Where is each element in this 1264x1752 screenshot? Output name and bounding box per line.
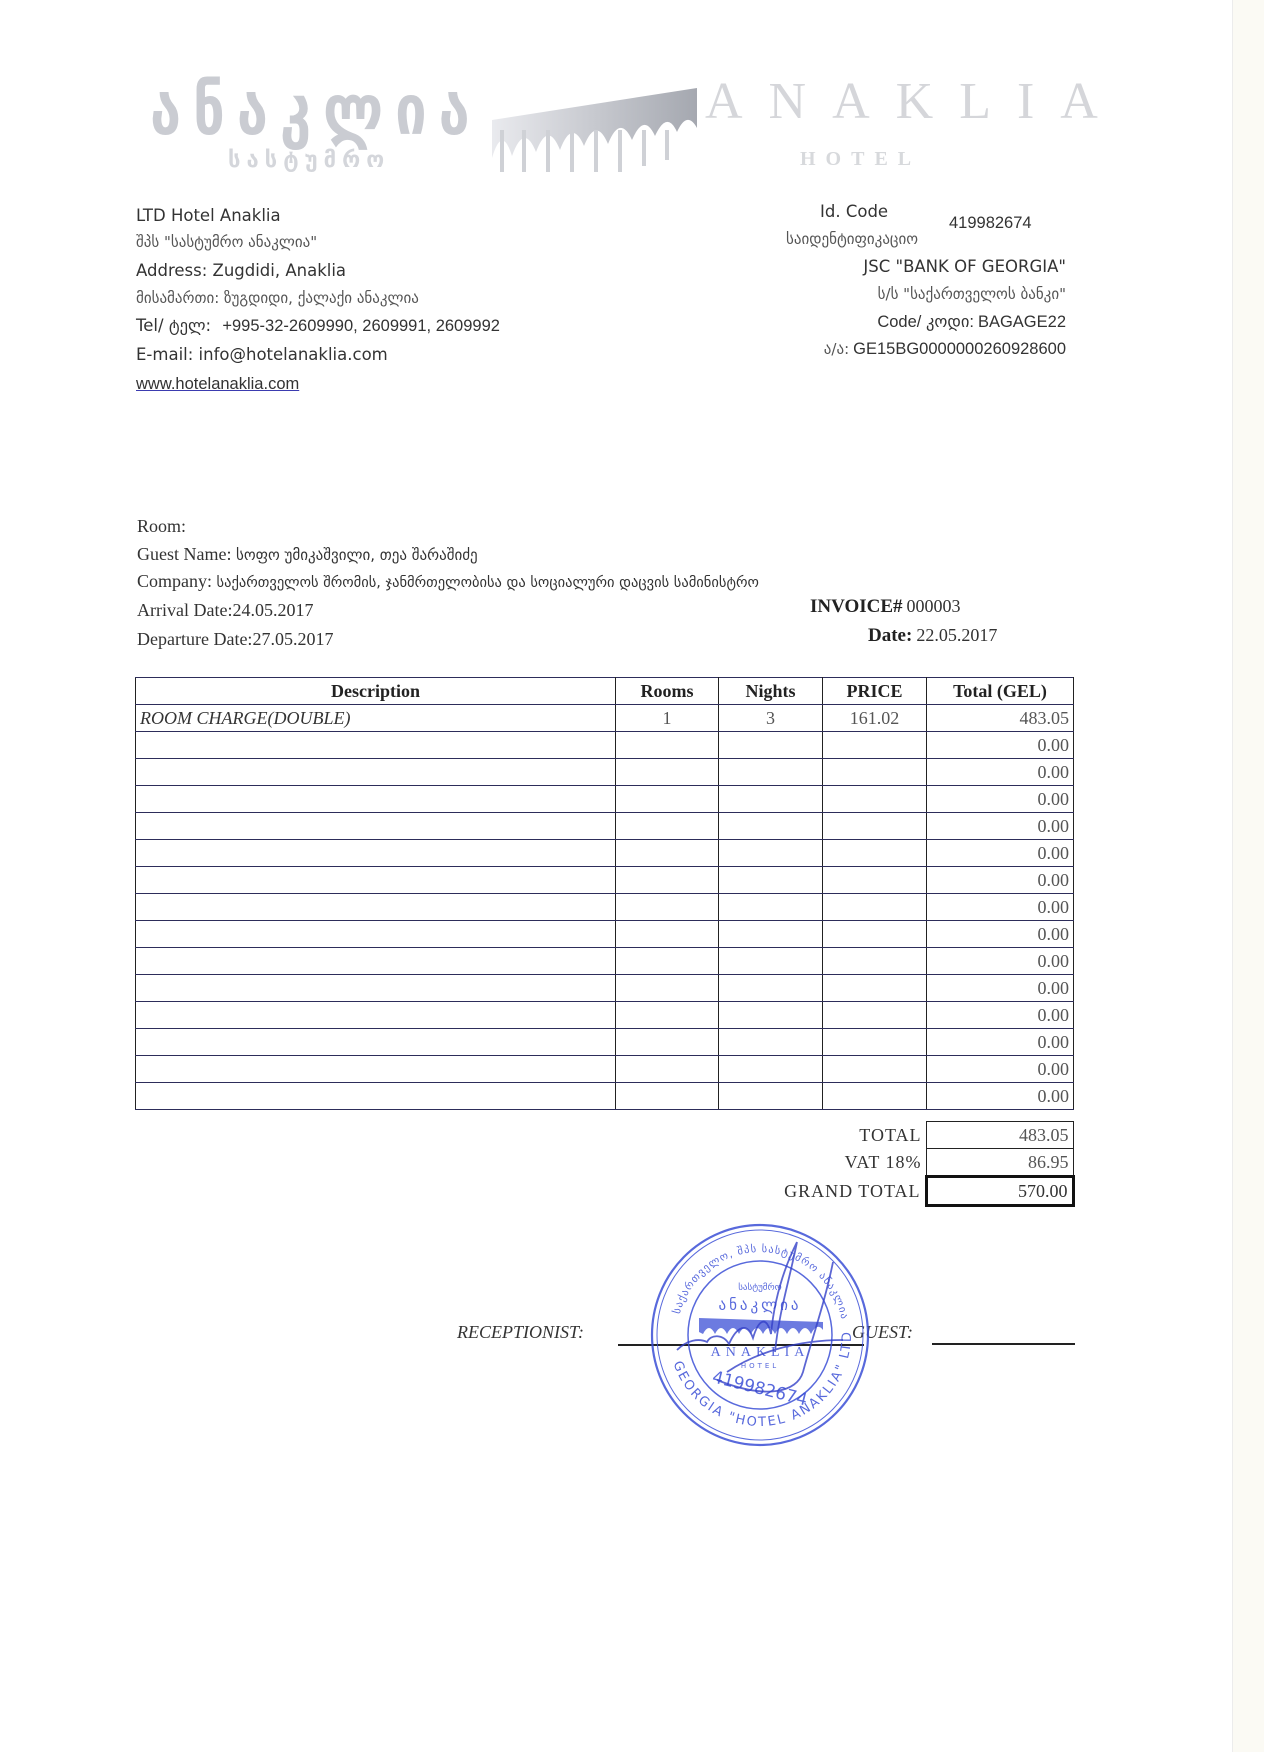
scan-edge bbox=[1232, 0, 1264, 1752]
bank-code: Code/ კოდი: BAGAGE22 bbox=[877, 312, 1066, 332]
cell-price bbox=[823, 1083, 927, 1110]
bank-name-ka: ს/ს "საქართველოს ბანკი" bbox=[878, 285, 1066, 303]
cell-description bbox=[136, 975, 616, 1002]
vat-value: 86.95 bbox=[926, 1149, 1073, 1177]
company-stamp-icon: საქართველო, შპს სასტუმრო ანაკლია GEORGIA… bbox=[647, 1222, 873, 1448]
cell-description bbox=[136, 894, 616, 921]
svg-text:სასტუმრო: სასტუმრო bbox=[738, 1282, 782, 1293]
cell-rooms bbox=[616, 894, 719, 921]
cell-nights bbox=[719, 1002, 823, 1029]
table-row: 0.00 bbox=[136, 921, 1074, 948]
summary-vat-row: VAT 18% 86.95 bbox=[700, 1149, 1073, 1177]
cell-description bbox=[136, 921, 616, 948]
company-address-en: Address: Zugdidi, Anaklia bbox=[136, 261, 346, 280]
table-row: 0.00 bbox=[136, 840, 1074, 867]
total-value: 483.05 bbox=[926, 1122, 1073, 1149]
column-header-nights: Nights bbox=[719, 678, 823, 705]
guest-name-label: Guest Name: bbox=[137, 544, 231, 564]
cell-nights bbox=[719, 867, 823, 894]
summary-total-row: TOTAL 483.05 bbox=[700, 1122, 1073, 1149]
bank-code-value: BAGAGE22 bbox=[978, 313, 1066, 331]
table-row: 0.00 bbox=[136, 1002, 1074, 1029]
bank-account-value: GE15BG0000000260928600 bbox=[853, 340, 1066, 358]
logo-georgian-subtitle: სასტუმრო bbox=[228, 148, 390, 173]
cell-rooms bbox=[616, 867, 719, 894]
cell-total: 0.00 bbox=[927, 1056, 1074, 1083]
cell-total: 0.00 bbox=[927, 840, 1074, 867]
cell-total: 483.05 bbox=[927, 705, 1074, 732]
cell-description bbox=[136, 1056, 616, 1083]
phone-label: Tel/ ტელ: bbox=[136, 316, 211, 335]
cell-total: 0.00 bbox=[927, 786, 1074, 813]
room-field: Room: bbox=[137, 516, 186, 537]
cell-price bbox=[823, 759, 927, 786]
id-code-value: 419982674 bbox=[949, 214, 1032, 233]
cell-rooms bbox=[616, 732, 719, 759]
cell-total: 0.00 bbox=[927, 894, 1074, 921]
svg-text:HOTEL: HOTEL bbox=[741, 1362, 779, 1370]
cell-rooms bbox=[616, 786, 719, 813]
cell-description bbox=[136, 732, 616, 759]
receptionist-label: RECEPTIONIST: bbox=[457, 1322, 584, 1343]
cell-total: 0.00 bbox=[927, 867, 1074, 894]
cell-rooms bbox=[616, 921, 719, 948]
cell-price bbox=[823, 975, 927, 1002]
table-header-row: Description Rooms Nights PRICE Total (GE… bbox=[136, 678, 1074, 705]
cell-price bbox=[823, 948, 927, 975]
cell-nights bbox=[719, 975, 823, 1002]
bank-name-en: JSC "BANK OF GEORGIA" bbox=[863, 257, 1066, 276]
cell-description bbox=[136, 840, 616, 867]
room-label: Room: bbox=[137, 516, 186, 536]
logo-georgian-title: ანაკლია bbox=[150, 70, 482, 151]
cell-nights bbox=[719, 1056, 823, 1083]
cell-description bbox=[136, 948, 616, 975]
table-row: 0.00 bbox=[136, 867, 1074, 894]
grand-total-value: 570.00 bbox=[926, 1177, 1073, 1206]
summary-grand-total-row: GRAND TOTAL 570.00 bbox=[700, 1177, 1073, 1206]
column-header-total: Total (GEL) bbox=[927, 678, 1074, 705]
invoice-date-label: Date: bbox=[868, 625, 912, 646]
table-row: 0.00 bbox=[136, 813, 1074, 840]
svg-text:419982674: 419982674 bbox=[710, 1367, 809, 1410]
cell-total: 0.00 bbox=[927, 1002, 1074, 1029]
cell-price bbox=[823, 732, 927, 759]
bank-account-label: ა/ა: bbox=[824, 340, 849, 358]
grand-total-label: GRAND TOTAL bbox=[700, 1177, 926, 1206]
cell-total: 0.00 bbox=[927, 1083, 1074, 1110]
column-header-rooms: Rooms bbox=[616, 678, 719, 705]
cell-rooms bbox=[616, 813, 719, 840]
cell-total: 0.00 bbox=[927, 1029, 1074, 1056]
cell-rooms bbox=[616, 840, 719, 867]
cell-price bbox=[823, 840, 927, 867]
logo-latin-title: ANAKLIA bbox=[705, 72, 1124, 131]
cell-description bbox=[136, 867, 616, 894]
cell-description: ROOM CHARGE(DOUBLE) bbox=[136, 705, 616, 732]
table-row: 0.00 bbox=[136, 1083, 1074, 1110]
company-label: Company: bbox=[137, 571, 212, 591]
departure-date-field: Departure Date:27.05.2017 bbox=[137, 629, 333, 650]
cell-price bbox=[823, 786, 927, 813]
departure-label: Departure Date: bbox=[137, 629, 252, 649]
cell-total: 0.00 bbox=[927, 813, 1074, 840]
table-row: 0.00 bbox=[136, 732, 1074, 759]
cell-total: 0.00 bbox=[927, 759, 1074, 786]
logo-arches-icon bbox=[492, 80, 697, 172]
table-row: 0.00 bbox=[136, 759, 1074, 786]
table-row: 0.00 bbox=[136, 786, 1074, 813]
cell-nights bbox=[719, 786, 823, 813]
cell-price bbox=[823, 1029, 927, 1056]
cell-description bbox=[136, 813, 616, 840]
invoice-number-label: INVOICE# bbox=[810, 596, 903, 617]
invoice-number-value: 000003 bbox=[907, 596, 961, 616]
total-label: TOTAL bbox=[700, 1122, 926, 1149]
column-header-description: Description bbox=[136, 678, 616, 705]
company-website-link[interactable]: www.hotelanaklia.com bbox=[136, 375, 299, 394]
cell-total: 0.00 bbox=[927, 921, 1074, 948]
cell-nights bbox=[719, 894, 823, 921]
company-name-en: LTD Hotel Anaklia bbox=[136, 206, 281, 225]
table-row: 0.00 bbox=[136, 1029, 1074, 1056]
cell-rooms: 1 bbox=[616, 705, 719, 732]
cell-price bbox=[823, 1056, 927, 1083]
company-email[interactable]: E-mail: info@hotelanaklia.com bbox=[136, 345, 388, 364]
logo-latin-subtitle: HOTEL bbox=[800, 148, 921, 171]
cell-nights bbox=[719, 921, 823, 948]
column-header-price: PRICE bbox=[823, 678, 927, 705]
cell-description bbox=[136, 1029, 616, 1056]
bank-code-label: Code/ კოდი: bbox=[877, 313, 974, 331]
invoice-items-table: Description Rooms Nights PRICE Total (GE… bbox=[135, 677, 1074, 1110]
invoice-date-value: 22.05.2017 bbox=[916, 625, 997, 645]
id-code-label-ka: საიდენტიფიკაციო bbox=[786, 230, 918, 248]
vat-label: VAT 18% bbox=[700, 1149, 926, 1177]
cell-nights bbox=[719, 840, 823, 867]
cell-nights bbox=[719, 732, 823, 759]
cell-rooms bbox=[616, 1002, 719, 1029]
cell-rooms bbox=[616, 948, 719, 975]
cell-rooms bbox=[616, 1029, 719, 1056]
company-phone: Tel/ ტელ: +995-32-2609990, 2609991, 2609… bbox=[136, 316, 500, 336]
cell-nights bbox=[719, 948, 823, 975]
guest-name-value: სოფო უმიკაშვილი, თეა შარაშიძე bbox=[236, 546, 478, 564]
invoice-number: INVOICE# 000003 bbox=[810, 596, 961, 618]
table-row: 0.00 bbox=[136, 948, 1074, 975]
cell-rooms bbox=[616, 1083, 719, 1110]
phone-value: +995-32-2609990, 2609991, 2609992 bbox=[222, 317, 500, 335]
departure-value: 27.05.2017 bbox=[252, 629, 333, 649]
cell-nights bbox=[719, 813, 823, 840]
company-address-ka: მისამართი: ზუგდიდი, ქალაქი ანაკლია bbox=[136, 289, 419, 307]
table-row: 0.00 bbox=[136, 894, 1074, 921]
table-row: 0.00 bbox=[136, 1056, 1074, 1083]
cell-nights bbox=[719, 759, 823, 786]
cell-description bbox=[136, 786, 616, 813]
invoice-date: Date: 22.05.2017 bbox=[868, 625, 997, 647]
svg-text:ANAKLIA: ANAKLIA bbox=[711, 1345, 810, 1360]
id-code-label: Id. Code bbox=[820, 202, 888, 221]
guest-signature-line[interactable] bbox=[932, 1343, 1075, 1345]
cell-nights: 3 bbox=[719, 705, 823, 732]
cell-price bbox=[823, 1002, 927, 1029]
company-value: საქართველოს შრომის, ჯანმრთელობისა და სოც… bbox=[217, 575, 759, 591]
company-field: Company: საქართველოს შრომის, ჯანმრთელობი… bbox=[137, 571, 759, 592]
cell-price bbox=[823, 921, 927, 948]
arrival-date-field: Arrival Date:24.05.2017 bbox=[137, 600, 313, 621]
table-row: ROOM CHARGE(DOUBLE)13161.02483.05 bbox=[136, 705, 1074, 732]
cell-price bbox=[823, 867, 927, 894]
cell-rooms bbox=[616, 1056, 719, 1083]
company-name-ka: შპს "სასტუმრო ანაკლია" bbox=[136, 233, 317, 251]
cell-nights bbox=[719, 1029, 823, 1056]
svg-text:ანაკლია: ანაკლია bbox=[718, 1296, 801, 1314]
cell-total: 0.00 bbox=[927, 975, 1074, 1002]
cell-total: 0.00 bbox=[927, 732, 1074, 759]
cell-description bbox=[136, 759, 616, 786]
arrival-value: 24.05.2017 bbox=[232, 600, 313, 620]
guest-name-field: Guest Name: სოფო უმიკაშვილი, თეა შარაშიძ… bbox=[137, 544, 478, 565]
cell-rooms bbox=[616, 975, 719, 1002]
table-row: 0.00 bbox=[136, 975, 1074, 1002]
cell-rooms bbox=[616, 759, 719, 786]
cell-price bbox=[823, 813, 927, 840]
invoice-summary: TOTAL 483.05 VAT 18% 86.95 GRAND TOTAL 5… bbox=[700, 1121, 1075, 1207]
cell-description bbox=[136, 1002, 616, 1029]
arrival-label: Arrival Date: bbox=[137, 600, 232, 620]
cell-total: 0.00 bbox=[927, 948, 1074, 975]
cell-price: 161.02 bbox=[823, 705, 927, 732]
cell-nights bbox=[719, 1083, 823, 1110]
bank-account: ა/ა: GE15BG0000000260928600 bbox=[824, 340, 1066, 359]
cell-description bbox=[136, 1083, 616, 1110]
cell-price bbox=[823, 894, 927, 921]
